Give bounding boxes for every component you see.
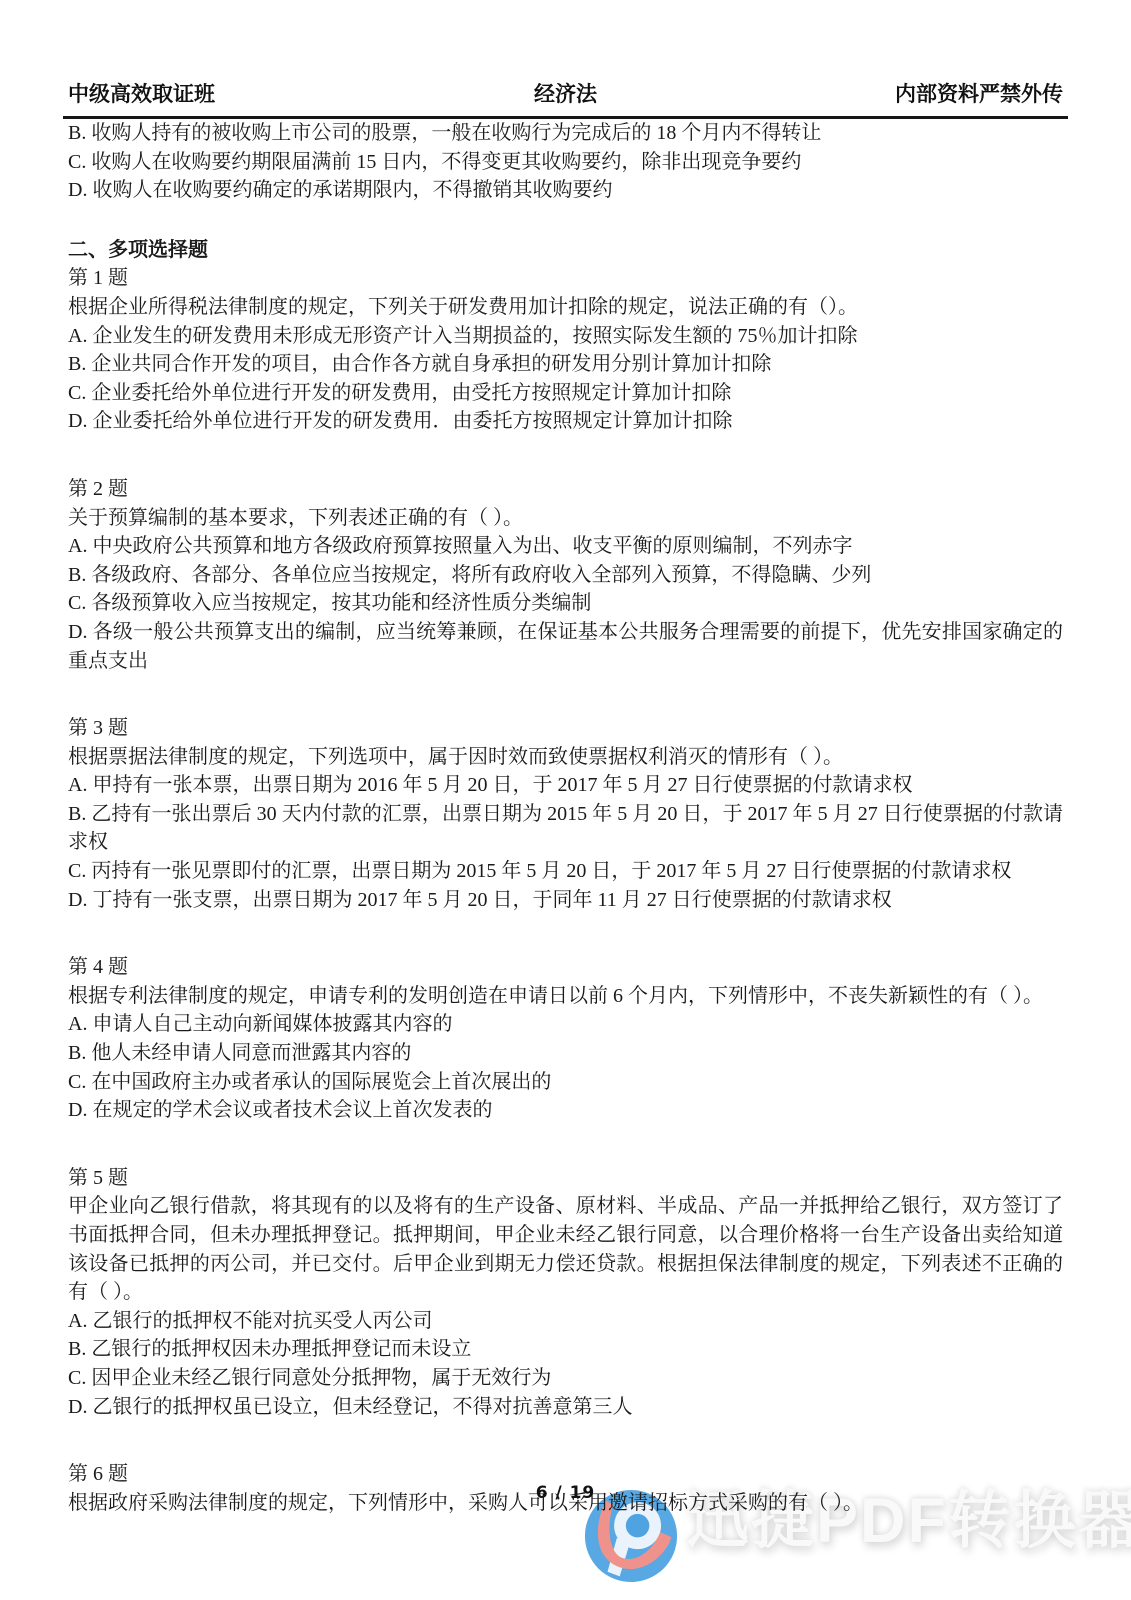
option-line: C. 各级预算收入应当按规定，按其功能和经济性质分类编制 bbox=[68, 589, 1063, 618]
question-label: 第 5 题 bbox=[68, 1164, 1063, 1193]
option-line: B. 企业共同合作开发的项目，由合作各方就自身承担的研发用分别计算加计扣除 bbox=[68, 350, 1063, 379]
question-3: 第 3 题 根据票据法律制度的规定，下列选项中，属于因时效而致使票据权利消灭的情… bbox=[68, 714, 1063, 914]
option-line: A. 甲持有一张本票，出票日期为 2016 年 5 月 20 日，于 2017 … bbox=[68, 771, 1063, 800]
carryover-options: B. 收购人持有的被收购上市公司的股票，一般在收购行为完成后的 18 个月内不得… bbox=[68, 119, 1063, 205]
option-line: D. 乙银行的抵押权虽已设立，但未经登记，不得对抗善意第三人 bbox=[68, 1393, 1063, 1422]
page-header: 中级高效取证班 经济法 内部资料严禁外传 bbox=[68, 82, 1063, 108]
logo-dot bbox=[626, 1514, 650, 1538]
question-stem: 甲企业向乙银行借款，将其现有的以及将有的生产设备、原材料、半成品、产品一并抵押给… bbox=[68, 1192, 1063, 1306]
option-line: B. 乙银行的抵押权因未办理抵押登记而未设立 bbox=[68, 1335, 1063, 1364]
question-stem: 根据专利法律制度的规定，申请专利的发明创造在申请日以前 6 个月内，下列情形中，… bbox=[68, 982, 1063, 1011]
option-line: A. 申请人自己主动向新闻媒体披露其内容的 bbox=[68, 1010, 1063, 1039]
option-line: C. 丙持有一张见票即付的汇票，出票日期为 2015 年 5 月 20 日，于 … bbox=[68, 857, 1063, 886]
option-line: C. 在中国政府主办或者承认的国际展览会上首次展出的 bbox=[68, 1068, 1063, 1097]
option-line: B. 他人未经申请人同意而泄露其内容的 bbox=[68, 1039, 1063, 1068]
question-1: 第 1 题 根据企业所得税法律制度的规定，下列关于研发费用加计扣除的规定，说法正… bbox=[68, 264, 1063, 436]
option-line: B. 乙持有一张出票后 30 天内付款的汇票，出票日期为 2015 年 5 月 … bbox=[68, 800, 1063, 857]
question-5: 第 5 题 甲企业向乙银行借款，将其现有的以及将有的生产设备、原材料、半成品、产… bbox=[68, 1164, 1063, 1421]
question-label: 第 1 题 bbox=[68, 264, 1063, 293]
page-number: 6 / 19 bbox=[0, 1483, 1131, 1503]
option-line: D. 各级一般公共预算支出的编制，应当统筹兼顾，在保证基本公共服务合理需要的前提… bbox=[68, 618, 1063, 675]
option-line: B. 各级政府、各部分、各单位应当按规定，将所有政府收入全部列入预算，不得隐瞒、… bbox=[68, 561, 1063, 590]
header-course-name: 中级高效取证班 bbox=[68, 82, 534, 108]
question-label: 第 4 题 bbox=[68, 953, 1063, 982]
option-line: A. 企业发生的研发费用未形成无形资产计入当期损益的，按照实际发生额的 75％加… bbox=[68, 322, 1063, 351]
option-line: C. 收购人在收购要约期限届满前 15 日内，不得变更其收购要约，除非出现竞争要… bbox=[68, 148, 1063, 177]
option-line: A. 中央政府公共预算和地方各级政府预算按照量入为出、收支平衡的原则编制，不列赤… bbox=[68, 532, 1063, 561]
option-line: D. 企业委托给外单位进行开发的研发费用．由委托方按照规定计算加计扣除 bbox=[68, 407, 1063, 436]
question-2: 第 2 题 关于预算编制的基本要求，下列表述正确的有（ ）。 A. 中央政府公共… bbox=[68, 475, 1063, 675]
question-label: 第 2 题 bbox=[68, 475, 1063, 504]
option-line: D. 收购人在收购要约确定的承诺期限内，不得撤销其收购要约 bbox=[68, 176, 1063, 205]
question-label: 第 3 题 bbox=[68, 714, 1063, 743]
question-4: 第 4 题 根据专利法律制度的规定，申请专利的发明创造在申请日以前 6 个月内，… bbox=[68, 953, 1063, 1125]
document-page: 中级高效取证班 经济法 内部资料严禁外传 B. 收购人持有的被收购上市公司的股票… bbox=[0, 0, 1131, 1600]
option-line: B. 收购人持有的被收购上市公司的股票，一般在收购行为完成后的 18 个月内不得… bbox=[68, 119, 1063, 148]
question-stem: 根据票据法律制度的规定，下列选项中，属于因时效而致使票据权利消灭的情形有（ ）。 bbox=[68, 743, 1063, 772]
option-line: D. 丁持有一张支票，出票日期为 2017 年 5 月 20 日，于同年 11 … bbox=[68, 886, 1063, 915]
option-line: A. 乙银行的抵押权不能对抗买受人丙公司 bbox=[68, 1307, 1063, 1336]
section-title: 二、多项选择题 bbox=[68, 236, 1063, 265]
question-stem: 关于预算编制的基本要求，下列表述正确的有（ ）。 bbox=[68, 504, 1063, 533]
page-content: B. 收购人持有的被收购上市公司的股票，一般在收购行为完成后的 18 个月内不得… bbox=[68, 119, 1063, 1517]
option-line: C. 企业委托给外单位进行开发的研发费用，由受托方按照规定计算加计扣除 bbox=[68, 379, 1063, 408]
question-stem: 根据企业所得税法律制度的规定，下列关于研发费用加计扣除的规定，说法正确的有（）。 bbox=[68, 293, 1063, 322]
header-confidential-notice: 内部资料严禁外传 bbox=[597, 82, 1063, 108]
option-line: D. 在规定的学术会议或者技术会议上首次发表的 bbox=[68, 1096, 1063, 1125]
option-line: C. 因甲企业未经乙银行同意处分抵押物，属于无效行为 bbox=[68, 1364, 1063, 1393]
header-subject-title: 经济法 bbox=[534, 82, 597, 108]
